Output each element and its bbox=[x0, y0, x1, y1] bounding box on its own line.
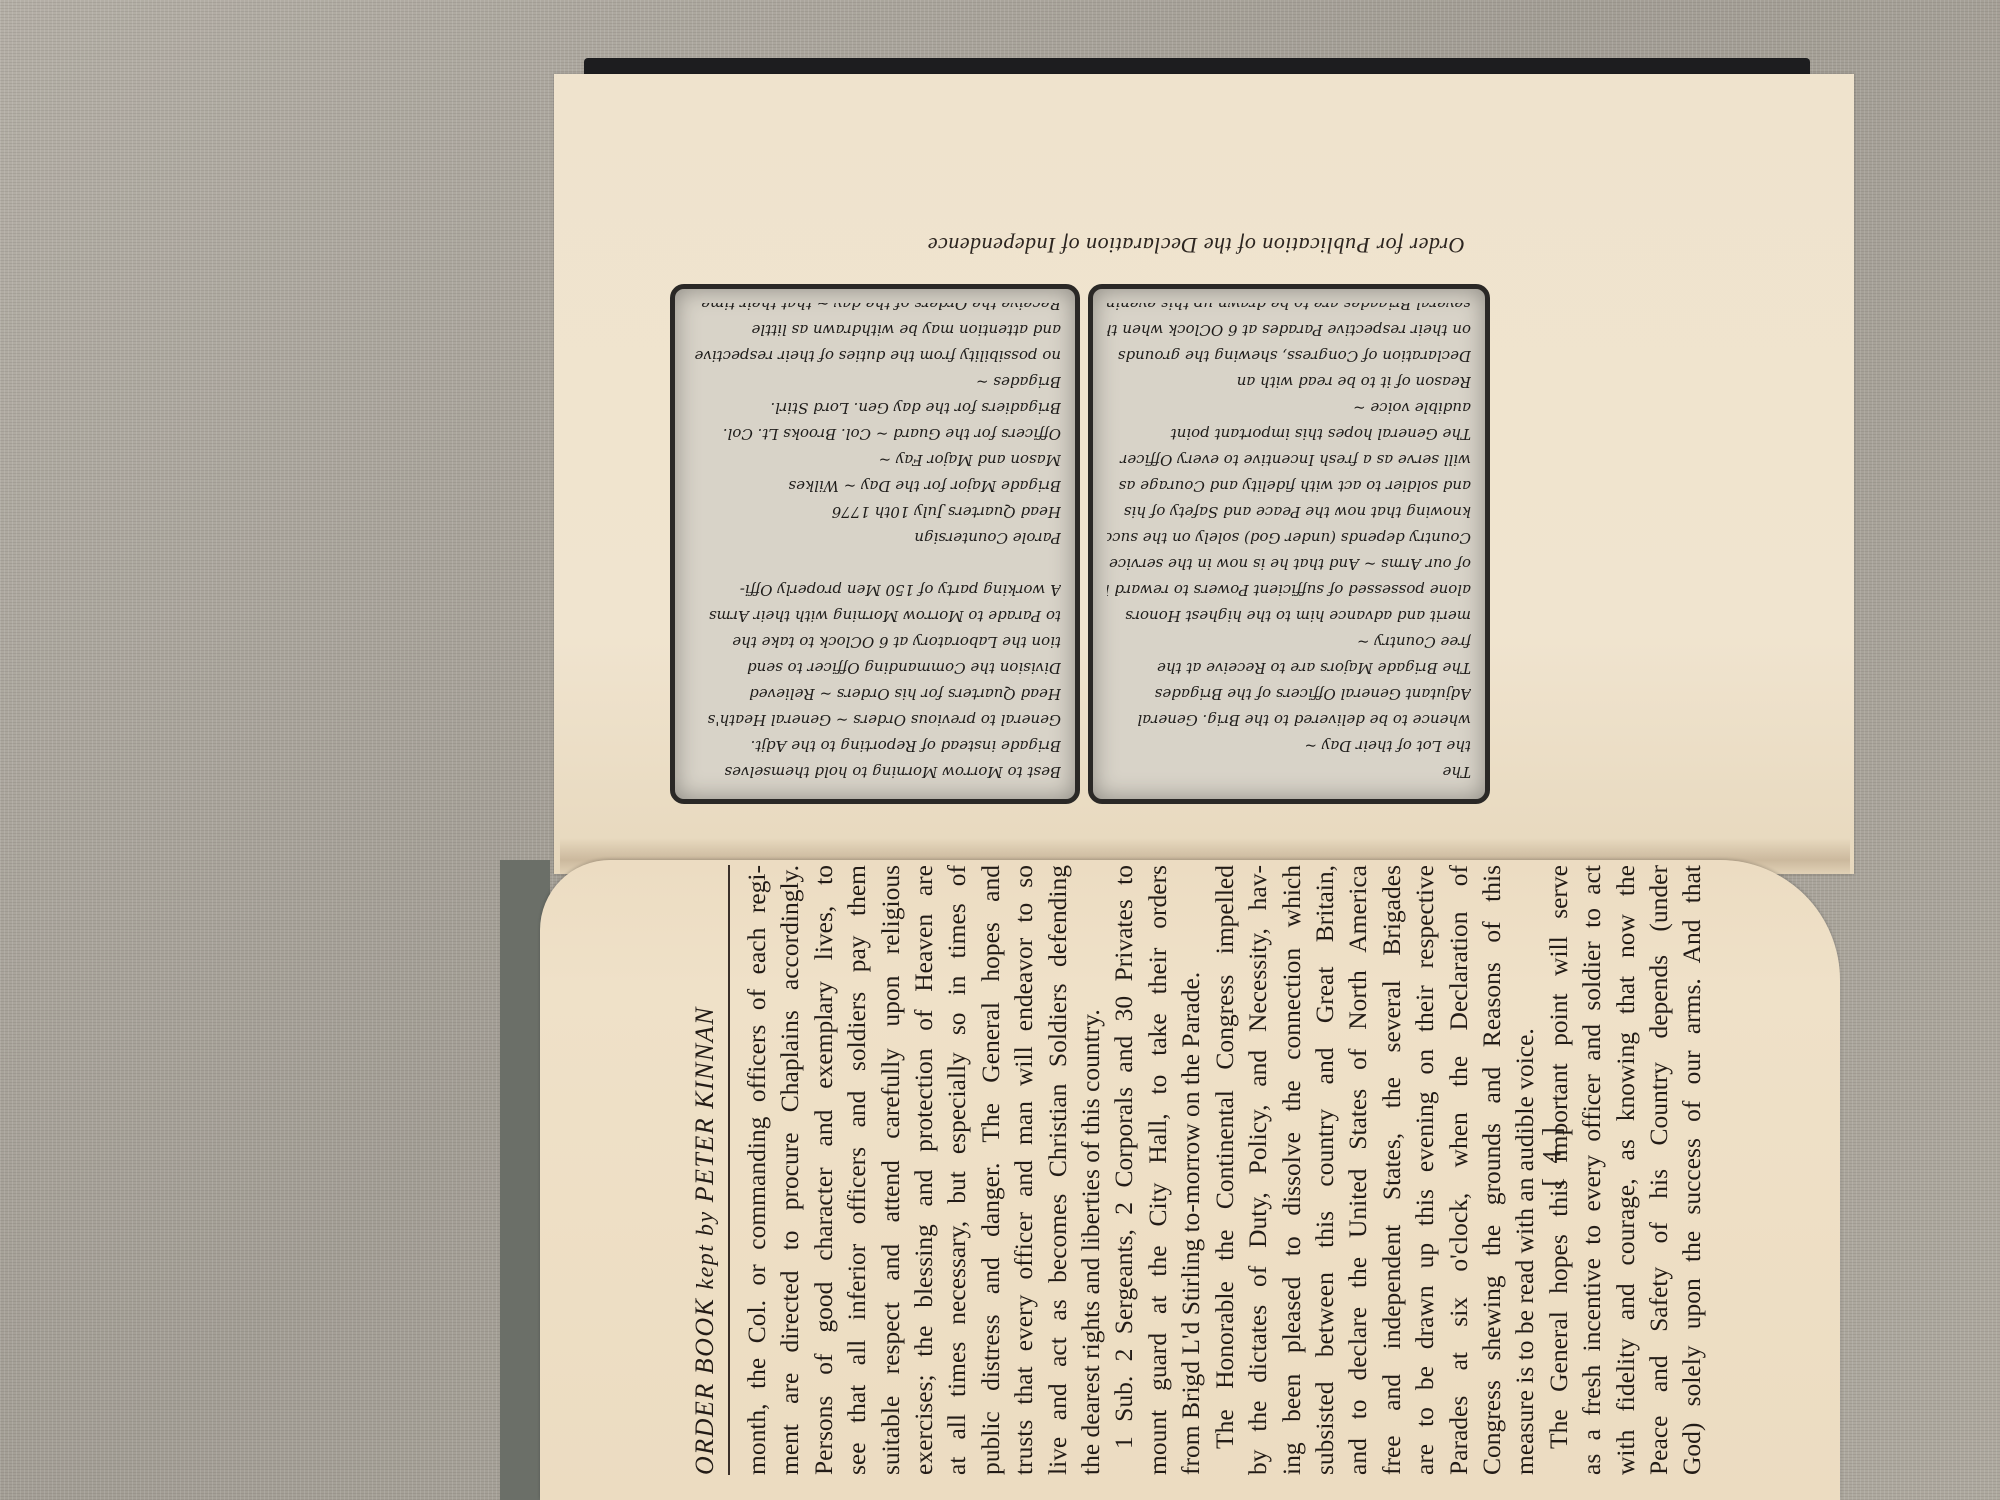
body-line: are to be drawn up this evening on their… bbox=[1408, 865, 1441, 1475]
manuscript-line: Country depends (under God) solely on th… bbox=[1107, 525, 1471, 551]
body-line: as a fresh incentive to every officer an… bbox=[1575, 865, 1608, 1475]
body-line: Congress shewing the grounds and Reasons… bbox=[1475, 865, 1508, 1475]
body-line: Parades at six o'clock, when the Declara… bbox=[1442, 865, 1475, 1475]
manuscript-line: Head Quarters July 10th 1776 bbox=[689, 499, 1061, 525]
body-line: Persons of good character and exemplary … bbox=[807, 865, 840, 1475]
running-head-connector: kept by bbox=[693, 1210, 719, 1289]
body-line: subsisted between this country and Great… bbox=[1308, 865, 1341, 1475]
manuscript-line: The bbox=[1107, 759, 1471, 785]
manuscript-line: on their respective Parades at 6 OClock … bbox=[1107, 317, 1471, 343]
manuscript-line: Brigade Major for the Day ~ Wilkes bbox=[689, 473, 1061, 499]
manuscript-line: audible voice ~ bbox=[1107, 395, 1471, 421]
manuscript-line: Parole Countersign bbox=[689, 525, 1061, 551]
body-line: by the dictates of Duty, Policy, and Nec… bbox=[1241, 865, 1274, 1475]
manuscript-line: Brigades ~ bbox=[689, 369, 1061, 395]
body-line: see that all inferior officers and soldi… bbox=[840, 865, 873, 1475]
manuscript-line: Declaration of Congress, shewing the gro… bbox=[1107, 343, 1471, 369]
manuscript-line: Officers for the Guard ~ Col. Brooks Lt.… bbox=[689, 421, 1061, 447]
running-head: ORDER BOOK kept by PETER KINNAN bbox=[690, 865, 730, 1475]
body-line: The Honorable the Continental Congress i… bbox=[1208, 865, 1241, 1475]
body-line: month, the Col. or commanding officers o… bbox=[740, 865, 773, 1475]
body-line: at all times necessary, but especially s… bbox=[940, 865, 973, 1475]
body-line: ing been pleased to dissolve the connect… bbox=[1275, 865, 1308, 1475]
body-line: trusts that every officer and man will e… bbox=[1007, 865, 1040, 1475]
body-line: live and act as becomes Christian Soldie… bbox=[1041, 865, 1074, 1475]
body-line: Peace and Safety of his Country depends … bbox=[1642, 865, 1675, 1475]
manuscript-line: Adjutant General Officers of the Brigade… bbox=[1107, 681, 1471, 707]
manuscript-line: several Brigades are to be drawn up this… bbox=[1107, 303, 1471, 317]
manuscript-line: Reason of it to be read with an bbox=[1107, 369, 1471, 395]
body-line: suitable respect and attend carefully up… bbox=[874, 865, 907, 1475]
body-line: public distress and danger. The General … bbox=[974, 865, 1007, 1475]
manuscript-line: and soldier to act with fidelity and Cou… bbox=[1107, 473, 1471, 499]
manuscript-line: Receive the Orders of the day ~ that the… bbox=[689, 303, 1061, 317]
body-line: free and independent States, the several… bbox=[1375, 865, 1408, 1475]
body-line: the dearest rights and liberties of this… bbox=[1074, 865, 1107, 1475]
manuscript-line: The Brigade Majors are to Receive at the bbox=[1107, 655, 1471, 681]
manuscript-line: will serve as a fresh Incentive to every… bbox=[1107, 447, 1471, 473]
manuscript-line: General to previous Orders ~ General Hea… bbox=[689, 707, 1061, 733]
manuscript-line: Mason and Major Fay ~ bbox=[689, 447, 1061, 473]
body-line: and to declare the United States of Nort… bbox=[1341, 865, 1374, 1475]
manuscript-line: Brigadiers for the day Gen. Lord Stirl. bbox=[689, 395, 1061, 421]
manuscript-facsimile: Best to Morrow Morning to hold themselve… bbox=[670, 284, 1490, 794]
body-line: exercises; the blessing and protection o… bbox=[907, 865, 940, 1475]
manuscript-line: free Country ~ bbox=[1107, 629, 1471, 655]
manuscript-line: knowing that now the Peace and Safety of… bbox=[1107, 499, 1471, 525]
manuscript-left-page: Best to Morrow Morning to hold themselve… bbox=[670, 284, 1080, 804]
body-line: God) solely upon the success of our arms… bbox=[1675, 865, 1708, 1475]
running-head-author: PETER KINNAN bbox=[690, 1006, 719, 1202]
manuscript-line: and attention may be withdrawn as little bbox=[689, 317, 1061, 343]
printed-text-block: ORDER BOOK kept by PETER KINNAN month, t… bbox=[690, 855, 1510, 1475]
manuscript-line: to Parade to Morrow Morning with their A… bbox=[689, 603, 1061, 629]
manuscript-line: Best to Morrow Morning to hold themselve… bbox=[689, 759, 1061, 785]
body-line: mount guard at the City Hall, to take th… bbox=[1141, 865, 1174, 1475]
body-line: ment are directed to procure Chaplains a… bbox=[773, 865, 806, 1475]
body-line: from Brigd L'd Stirling to-morrow on the… bbox=[1174, 865, 1207, 1475]
manuscript-line: tion the Laboratory at 6 OClock to take … bbox=[689, 629, 1061, 655]
manuscript-line: The General hopes this important point bbox=[1107, 421, 1471, 447]
manuscript-line: merit and advance him to the highest Hon… bbox=[1107, 603, 1471, 629]
manuscript-right-lines: Thethe Lot of their Day ~whence to be de… bbox=[1107, 303, 1471, 785]
manuscript-line: no possibility from the duties of their … bbox=[689, 343, 1061, 369]
manuscript-line: the Lot of their Day ~ bbox=[1107, 733, 1471, 759]
body-line: with fidelity and courage, as knowing th… bbox=[1609, 865, 1642, 1475]
manuscript-line bbox=[689, 551, 1061, 577]
manuscript-line: whence to be delivered to the Brig. Gene… bbox=[1107, 707, 1471, 733]
page-number: [ 4 ] bbox=[1538, 1123, 1568, 1186]
manuscript-left-lines: Best to Morrow Morning to hold themselve… bbox=[689, 303, 1061, 785]
manuscript-line: A working party of 150 Men properly Offi… bbox=[689, 577, 1061, 603]
body-line: 1 Sub. 2 Sergeants, 2 Corporals and 30 P… bbox=[1107, 865, 1140, 1475]
figure-caption: Order for Publication of the Declaration… bbox=[836, 232, 1556, 258]
manuscript-line: Brigade instead of Reporting to the Adjt… bbox=[689, 733, 1061, 759]
manuscript-line: alone possessed of sufficient Powers to … bbox=[1107, 577, 1471, 603]
manuscript-line: Head Quarters for his Orders ~ Relieved bbox=[689, 681, 1061, 707]
manuscript-right-page: Thethe Lot of their Day ~whence to be de… bbox=[1088, 284, 1490, 804]
running-head-title: ORDER BOOK bbox=[690, 1298, 719, 1475]
manuscript-line: Division the Commanding Officer to send bbox=[689, 655, 1061, 681]
manuscript-line: of our Arms ~ And that he is now in the … bbox=[1107, 551, 1471, 577]
